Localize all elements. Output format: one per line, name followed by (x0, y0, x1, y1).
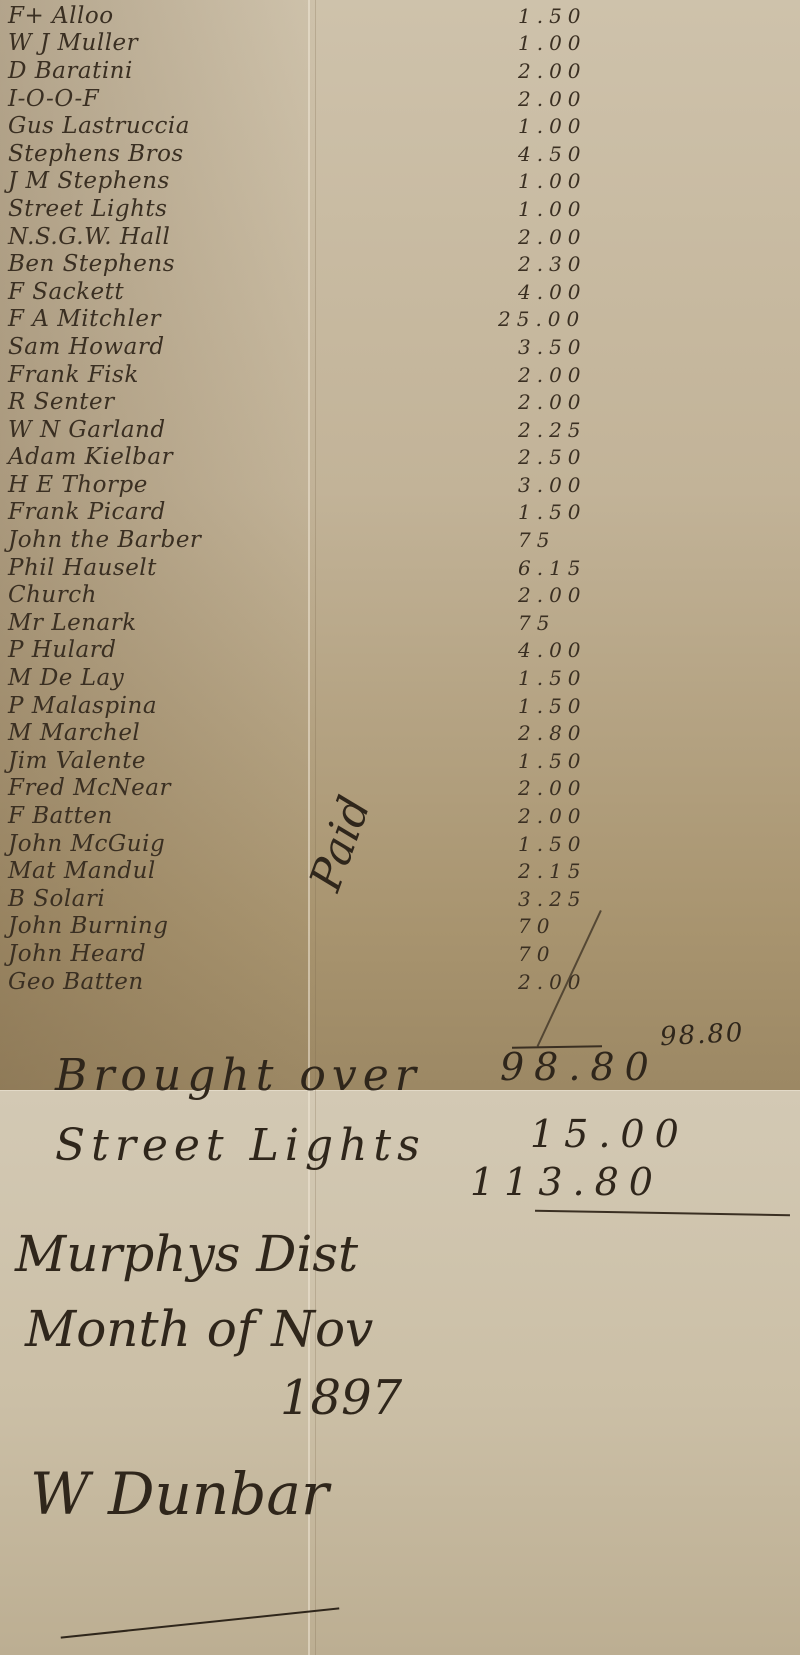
entry-amount: 3.00 (518, 473, 628, 497)
entry-amount: 2.80 (518, 721, 628, 745)
brought-over-amount: 98.80 (500, 1045, 659, 1089)
ledger-row: Stephens Bros4.50 (8, 140, 648, 168)
entry-amount: 2.00 (518, 583, 628, 607)
ledger-row: Sam Howard3.50 (8, 333, 648, 361)
entry-amount: 1.50 (518, 4, 628, 28)
entry-amount: 3.50 (518, 335, 628, 359)
entry-amount: 2.15 (518, 859, 628, 883)
entry-amount: 1.50 (518, 832, 628, 856)
entry-name: John Burning (8, 913, 308, 939)
ledger-row: P Hulard4.00 (8, 637, 648, 665)
entry-amount: 4.00 (518, 638, 628, 662)
entry-name: John McGuig (8, 831, 308, 857)
subtotal-amount: 98.80 (659, 1018, 745, 1052)
entry-amount: 1.00 (518, 197, 628, 221)
ledger-page: F+ Alloo1.50W J Muller1.00D Baratini2.00… (0, 0, 800, 1655)
ledger-row: W N Garland2.25 (8, 416, 648, 444)
entry-name: Mat Mandul (8, 858, 308, 884)
entry-amount: 2.00 (518, 804, 628, 828)
entry-amount: 1.50 (518, 694, 628, 718)
entry-name: Adam Kielbar (8, 444, 308, 470)
ledger-row: Geo Batten2.00 (8, 968, 648, 996)
entry-name: Phil Hauselt (8, 555, 308, 581)
ledger-row: Church2.00 (8, 581, 648, 609)
ledger-row: Gus Lastruccia1.00 (8, 112, 648, 140)
ledger-row: Frank Picard1.50 (8, 499, 648, 527)
entry-amount: 1.00 (518, 169, 628, 193)
ledger-row: John Heard70 (8, 940, 648, 968)
entry-name: Sam Howard (8, 334, 308, 360)
entry-name: Ben Stephens (8, 251, 308, 277)
entry-amount: 2.00 (518, 390, 628, 414)
entry-name: Frank Picard (8, 499, 308, 525)
ledger-row: P Malaspina1.50 (8, 692, 648, 720)
ledger-row: John Burning70 (8, 913, 648, 941)
entry-name: I-O-O-F (8, 86, 308, 112)
entry-amount: 2.25 (518, 418, 628, 442)
ledger-row: Street Lights1.00 (8, 195, 648, 223)
entry-amount: 1.50 (518, 666, 628, 690)
entry-name: M De Lay (8, 665, 308, 691)
entry-name: H E Thorpe (8, 472, 308, 498)
ledger-row: Mr Lenark75 (8, 609, 648, 637)
ledger-row: J M Stephens1.00 (8, 168, 648, 196)
entry-amount: 2.00 (518, 225, 628, 249)
entry-amount: 6.15 (518, 556, 628, 580)
entry-amount: 70 (518, 914, 628, 938)
district-label: Murphys Dist (15, 1225, 358, 1283)
ledger-row: H E Thorpe3.00 (8, 471, 648, 499)
entry-name: John the Barber (8, 527, 308, 553)
entry-name: Gus Lastruccia (8, 113, 308, 139)
entry-name: M Marchel (8, 720, 308, 746)
grand-total: 113.80 (470, 1160, 663, 1204)
entry-name: P Malaspina (8, 693, 308, 719)
entry-name: Church (8, 582, 308, 608)
ledger-row: Jim Valente1.50 (8, 747, 648, 775)
ledger-row: Adam Kielbar2.50 (8, 444, 648, 472)
entry-name: F Sackett (8, 279, 308, 305)
entry-amount: 2.00 (518, 776, 628, 800)
entry-amount: 75 (518, 528, 628, 552)
ledger-row: N.S.G.W. Hall2.00 (8, 223, 648, 251)
ledger-row: F+ Alloo1.50 (8, 2, 648, 30)
ledger-row: I-O-O-F2.00 (8, 85, 648, 113)
street-lights-amount: 15.00 (530, 1112, 689, 1156)
entry-name: Mr Lenark (8, 610, 308, 636)
entry-name: F+ Alloo (8, 3, 308, 29)
entry-name: B Solari (8, 886, 308, 912)
ledger-row: R Senter2.00 (8, 388, 648, 416)
brought-over-label: Brought over (55, 1050, 422, 1101)
ledger-row: M De Lay1.50 (8, 664, 648, 692)
entry-name: W J Muller (8, 30, 308, 56)
entry-amount: 1.50 (518, 500, 628, 524)
ledger-row: F A Mitchler25.00 (8, 306, 648, 334)
year-label: 1897 (280, 1370, 402, 1426)
entry-amount: 1.00 (518, 31, 628, 55)
entry-name: Street Lights (8, 196, 308, 222)
entry-amount: 75 (518, 611, 628, 635)
entry-name: D Baratini (8, 58, 308, 84)
entry-name: P Hulard (8, 637, 308, 663)
entry-name: F Batten (8, 803, 308, 829)
entry-amount: 1.00 (518, 114, 628, 138)
ledger-row: Ben Stephens2.30 (8, 250, 648, 278)
entry-amount: 25.00 (498, 307, 608, 331)
entry-amount: 70 (518, 942, 628, 966)
street-lights-label: Street Lights (55, 1120, 426, 1171)
entry-amount: 2.30 (518, 252, 628, 276)
entry-name: F A Mitchler (8, 306, 308, 332)
ledger-row: F Sackett4.00 (8, 278, 648, 306)
ledger-row: John the Barber75 (8, 526, 648, 554)
entry-name: J M Stephens (8, 168, 308, 194)
entry-amount: 3.25 (518, 887, 628, 911)
ledger-row: W J Muller1.00 (8, 30, 648, 58)
entry-amount: 2.00 (518, 970, 628, 994)
entry-amount: 1.50 (518, 749, 628, 773)
entry-name: John Heard (8, 941, 308, 967)
month-label: Month of Nov (25, 1300, 373, 1358)
entry-name: Stephens Bros (8, 141, 308, 167)
entry-amount: 2.00 (518, 87, 628, 111)
signature: W Dunbar (30, 1460, 329, 1528)
ledger-row: Fred McNear2.00 (8, 775, 648, 803)
entry-amount: 2.50 (518, 445, 628, 469)
entry-amount: 2.00 (518, 59, 628, 83)
ledger-row: D Baratini2.00 (8, 57, 648, 85)
entry-name: Fred McNear (8, 775, 308, 801)
entry-name: R Senter (8, 389, 308, 415)
entry-name: Frank Fisk (8, 362, 308, 388)
entry-amount: 4.50 (518, 142, 628, 166)
entry-name: N.S.G.W. Hall (8, 224, 308, 250)
entry-name: W N Garland (8, 417, 308, 443)
entry-amount: 4.00 (518, 280, 628, 304)
entry-name: Geo Batten (8, 969, 308, 995)
ledger-row: Frank Fisk2.00 (8, 361, 648, 389)
ledger-row: M Marchel2.80 (8, 719, 648, 747)
ledger-row: Phil Hauselt6.15 (8, 554, 648, 582)
entry-amount: 2.00 (518, 363, 628, 387)
entry-name: Jim Valente (8, 748, 308, 774)
